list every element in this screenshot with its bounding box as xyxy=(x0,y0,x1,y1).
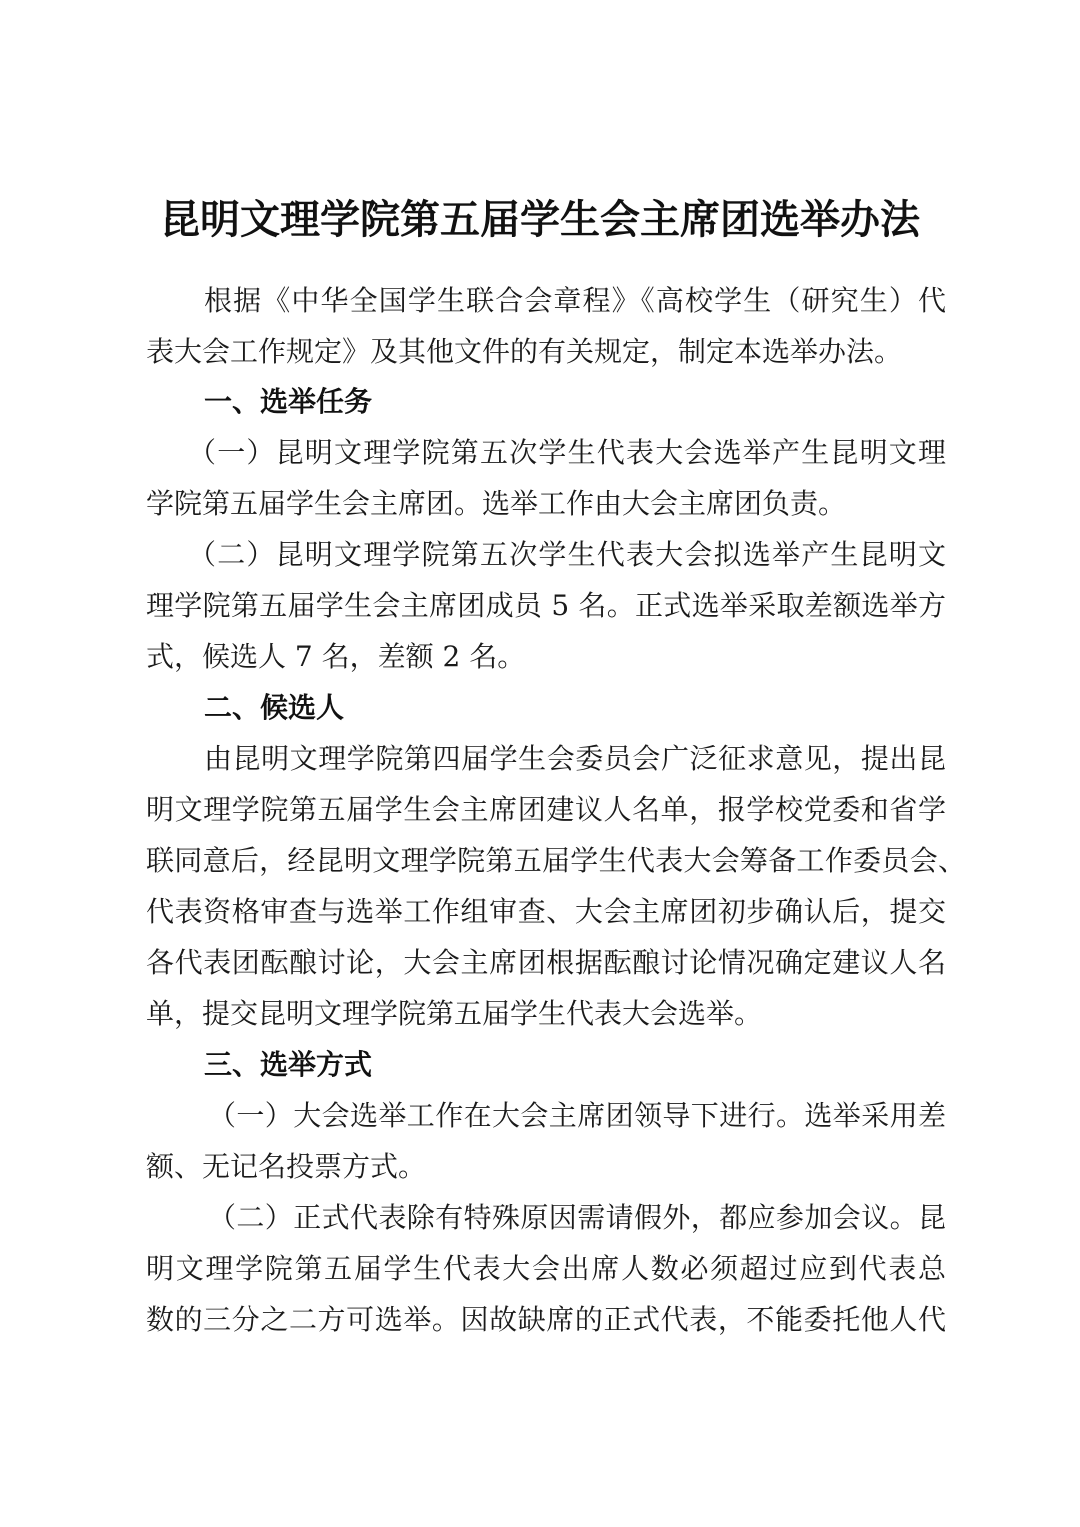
section-2-para-1-line-3: 联同意后，经昆明文理学院第五届学生代表大会筹备工作委员会、 xyxy=(146,841,966,881)
section-1-para-2-line-2: 理学院第五届学生会主席团成员 5 名。正式选举采取差额选举方 xyxy=(146,586,946,626)
section-1-para-1-line-1: （一）昆明文理学院第五次学生代表大会选举产生昆明文理 xyxy=(188,433,946,473)
intro-line-1: 根据《中华全国学生联合会章程》《高校学生（研究生）代 xyxy=(204,281,946,321)
section-1-para-1-line-2: 学院第五届学生会主席团。选举工作由大会主席团负责。 xyxy=(146,484,946,524)
document-page: 昆明文理学院第五届学生会主席团选举办法 根据《中华全国学生联合会章程》《高校学生… xyxy=(0,0,1080,1527)
section-3-para-2-line-2: 明文理学院第五届学生代表大会出席人数必须超过应到代表总 xyxy=(146,1249,946,1289)
section-3-para-2-line-3: 数的三分之二方可选举。因故缺席的正式代表，不能委托他人代 xyxy=(146,1300,946,1340)
section-3-para-1-line-2: 额、无记名投票方式。 xyxy=(146,1147,946,1187)
section-2-para-1-line-6: 单，提交昆明文理学院第五届学生代表大会选举。 xyxy=(146,994,946,1034)
section-heading-3: 三、选举方式 xyxy=(204,1045,372,1085)
section-3-para-1-line-1: （一）大会选举工作在大会主席团领导下进行。选举采用差 xyxy=(208,1096,946,1136)
section-2-para-1-line-5: 各代表团酝酿讨论，大会主席团根据酝酿讨论情况确定建议人名 xyxy=(146,943,946,983)
section-1-para-2-line-1: （二）昆明文理学院第五次学生代表大会拟选举产生昆明文 xyxy=(188,535,946,575)
section-3-para-2-line-1: （二）正式代表除有特殊原因需请假外，都应参加会议。昆 xyxy=(208,1198,946,1238)
section-2-para-1-line-2: 明文理学院第五届学生会主席团建议人名单，报学校党委和省学 xyxy=(146,790,946,830)
section-2-para-1-line-1: 由昆明文理学院第四届学生会委员会广泛征求意见，提出昆 xyxy=(204,739,946,779)
section-1-para-2-line-3: 式，候选人 7 名，差额 2 名。 xyxy=(146,637,946,677)
intro-line-2: 表大会工作规定》及其他文件的有关规定，制定本选举办法。 xyxy=(146,332,946,372)
section-2-para-1-line-4: 代表资格审查与选举工作组审查、大会主席团初步确认后，提交 xyxy=(146,892,946,932)
section-heading-1: 一、选举任务 xyxy=(204,382,372,422)
document-title: 昆明文理学院第五届学生会主席团选举办法 xyxy=(0,192,1080,248)
section-heading-2: 二、候选人 xyxy=(204,688,344,728)
